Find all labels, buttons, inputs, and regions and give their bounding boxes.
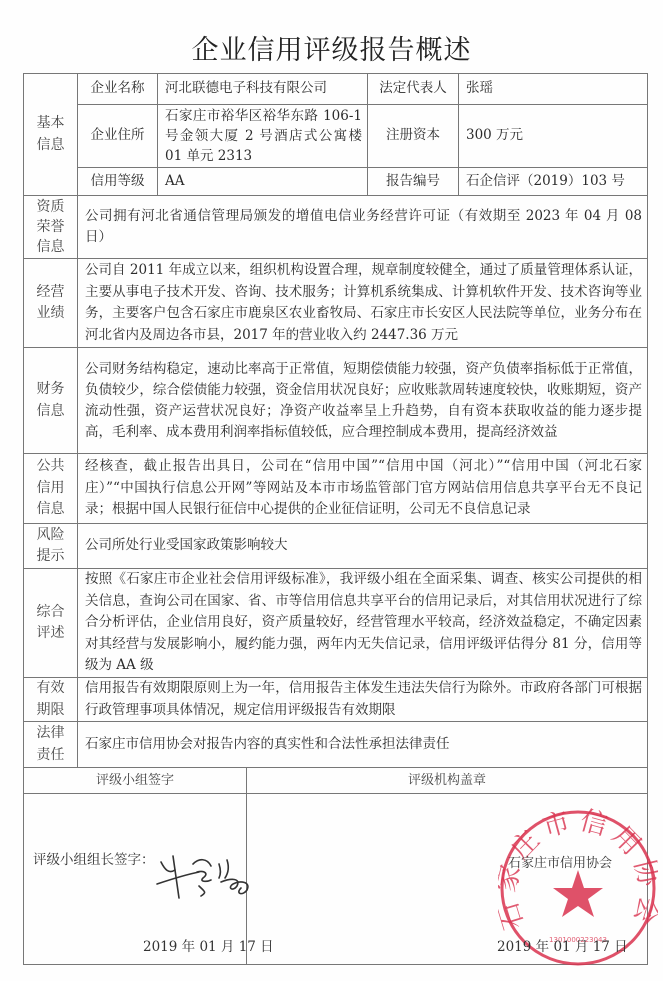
company-name-value: 河北联德电子科技有限公司 xyxy=(158,74,367,104)
handwritten-signature xyxy=(155,852,265,907)
org-name: 石家庄市信用协会 xyxy=(508,852,612,871)
org-stamp-date: 2019 年 01 月 17 日 xyxy=(497,935,628,955)
credit-grade-label: 信用等级 xyxy=(78,168,157,195)
section-text-finance: 公司财务结构稳定，速动比率高于正常值，短期偿债能力较强，资产负债率指标低于正常值… xyxy=(78,348,647,453)
section-text-validity: 信用报告有效期限原则上为一年，信用报告主体发生违法失信行为除外。市政府各部门可根… xyxy=(78,678,647,721)
section-text-business: 公司自 2011 年成立以来，组织机构设置合理，规章制度较健全，通过了质量管理体… xyxy=(78,259,647,347)
section-text-summary: 按照《石家庄市企业社会信用评级标准》，我评级小组在全面采集、调查、核实公司提供的… xyxy=(78,569,647,677)
org-stamp-header: 评级机构盖章 xyxy=(247,768,647,793)
leader-signature-label: 评级小组组长签字： xyxy=(33,848,155,868)
section-text-public-credit: 经核查，截止报告出具日，公司在“信用中国”“信用中国（河北）”“信用中国（河北石… xyxy=(78,454,647,523)
credit-grade-value: AA xyxy=(158,168,367,195)
section-label-finance: 财务 信息 xyxy=(24,348,77,453)
divider xyxy=(23,793,648,794)
address-value: 石家庄市裕华区裕华东路 106-1 号金领大厦 2 号酒店式公寓楼 01 单元 … xyxy=(158,105,367,167)
section-text-qualification: 公司拥有河北省通信管理局颁发的增值电信业务经营许可证（有效期至 2023 年 0… xyxy=(78,196,647,258)
section-label-basic-info: 基本 信息 xyxy=(24,74,77,195)
section-label-validity: 有效 期限 xyxy=(24,678,77,721)
reg-capital-label: 注册资本 xyxy=(368,105,458,167)
legal-rep-label: 法定代表人 xyxy=(368,74,458,104)
section-label-summary: 综合 评述 xyxy=(24,569,77,677)
team-signature-header: 评级小组签字 xyxy=(24,768,246,793)
section-label-business: 经营 业绩 xyxy=(24,259,77,347)
legal-rep-value: 张瑶 xyxy=(459,74,647,104)
team-signature-date: 2019 年 01 月 17 日 xyxy=(143,935,274,955)
section-text-risk: 公司所处行业受国家政策影响较大 xyxy=(78,524,647,568)
page-title: 企业信用评级报告概述 xyxy=(0,28,663,67)
report-no-label: 报告编号 xyxy=(368,168,458,195)
section-label-qualification: 资质 荣誉 信息 xyxy=(24,196,77,258)
section-label-public-credit: 公共 信用 信息 xyxy=(24,454,77,523)
report-no-value: 石企信评（2019）103 号 xyxy=(459,168,647,195)
address-label: 企业住所 xyxy=(78,105,157,167)
section-text-legal: 石家庄市信用协会对报告内容的真实性和合法性承担法律责任 xyxy=(78,722,647,767)
company-name-label: 企业名称 xyxy=(78,74,157,104)
reg-capital-value: 300 万元 xyxy=(459,105,647,167)
section-label-legal: 法律 责任 xyxy=(24,722,77,767)
section-label-risk: 风险 提示 xyxy=(24,524,77,568)
